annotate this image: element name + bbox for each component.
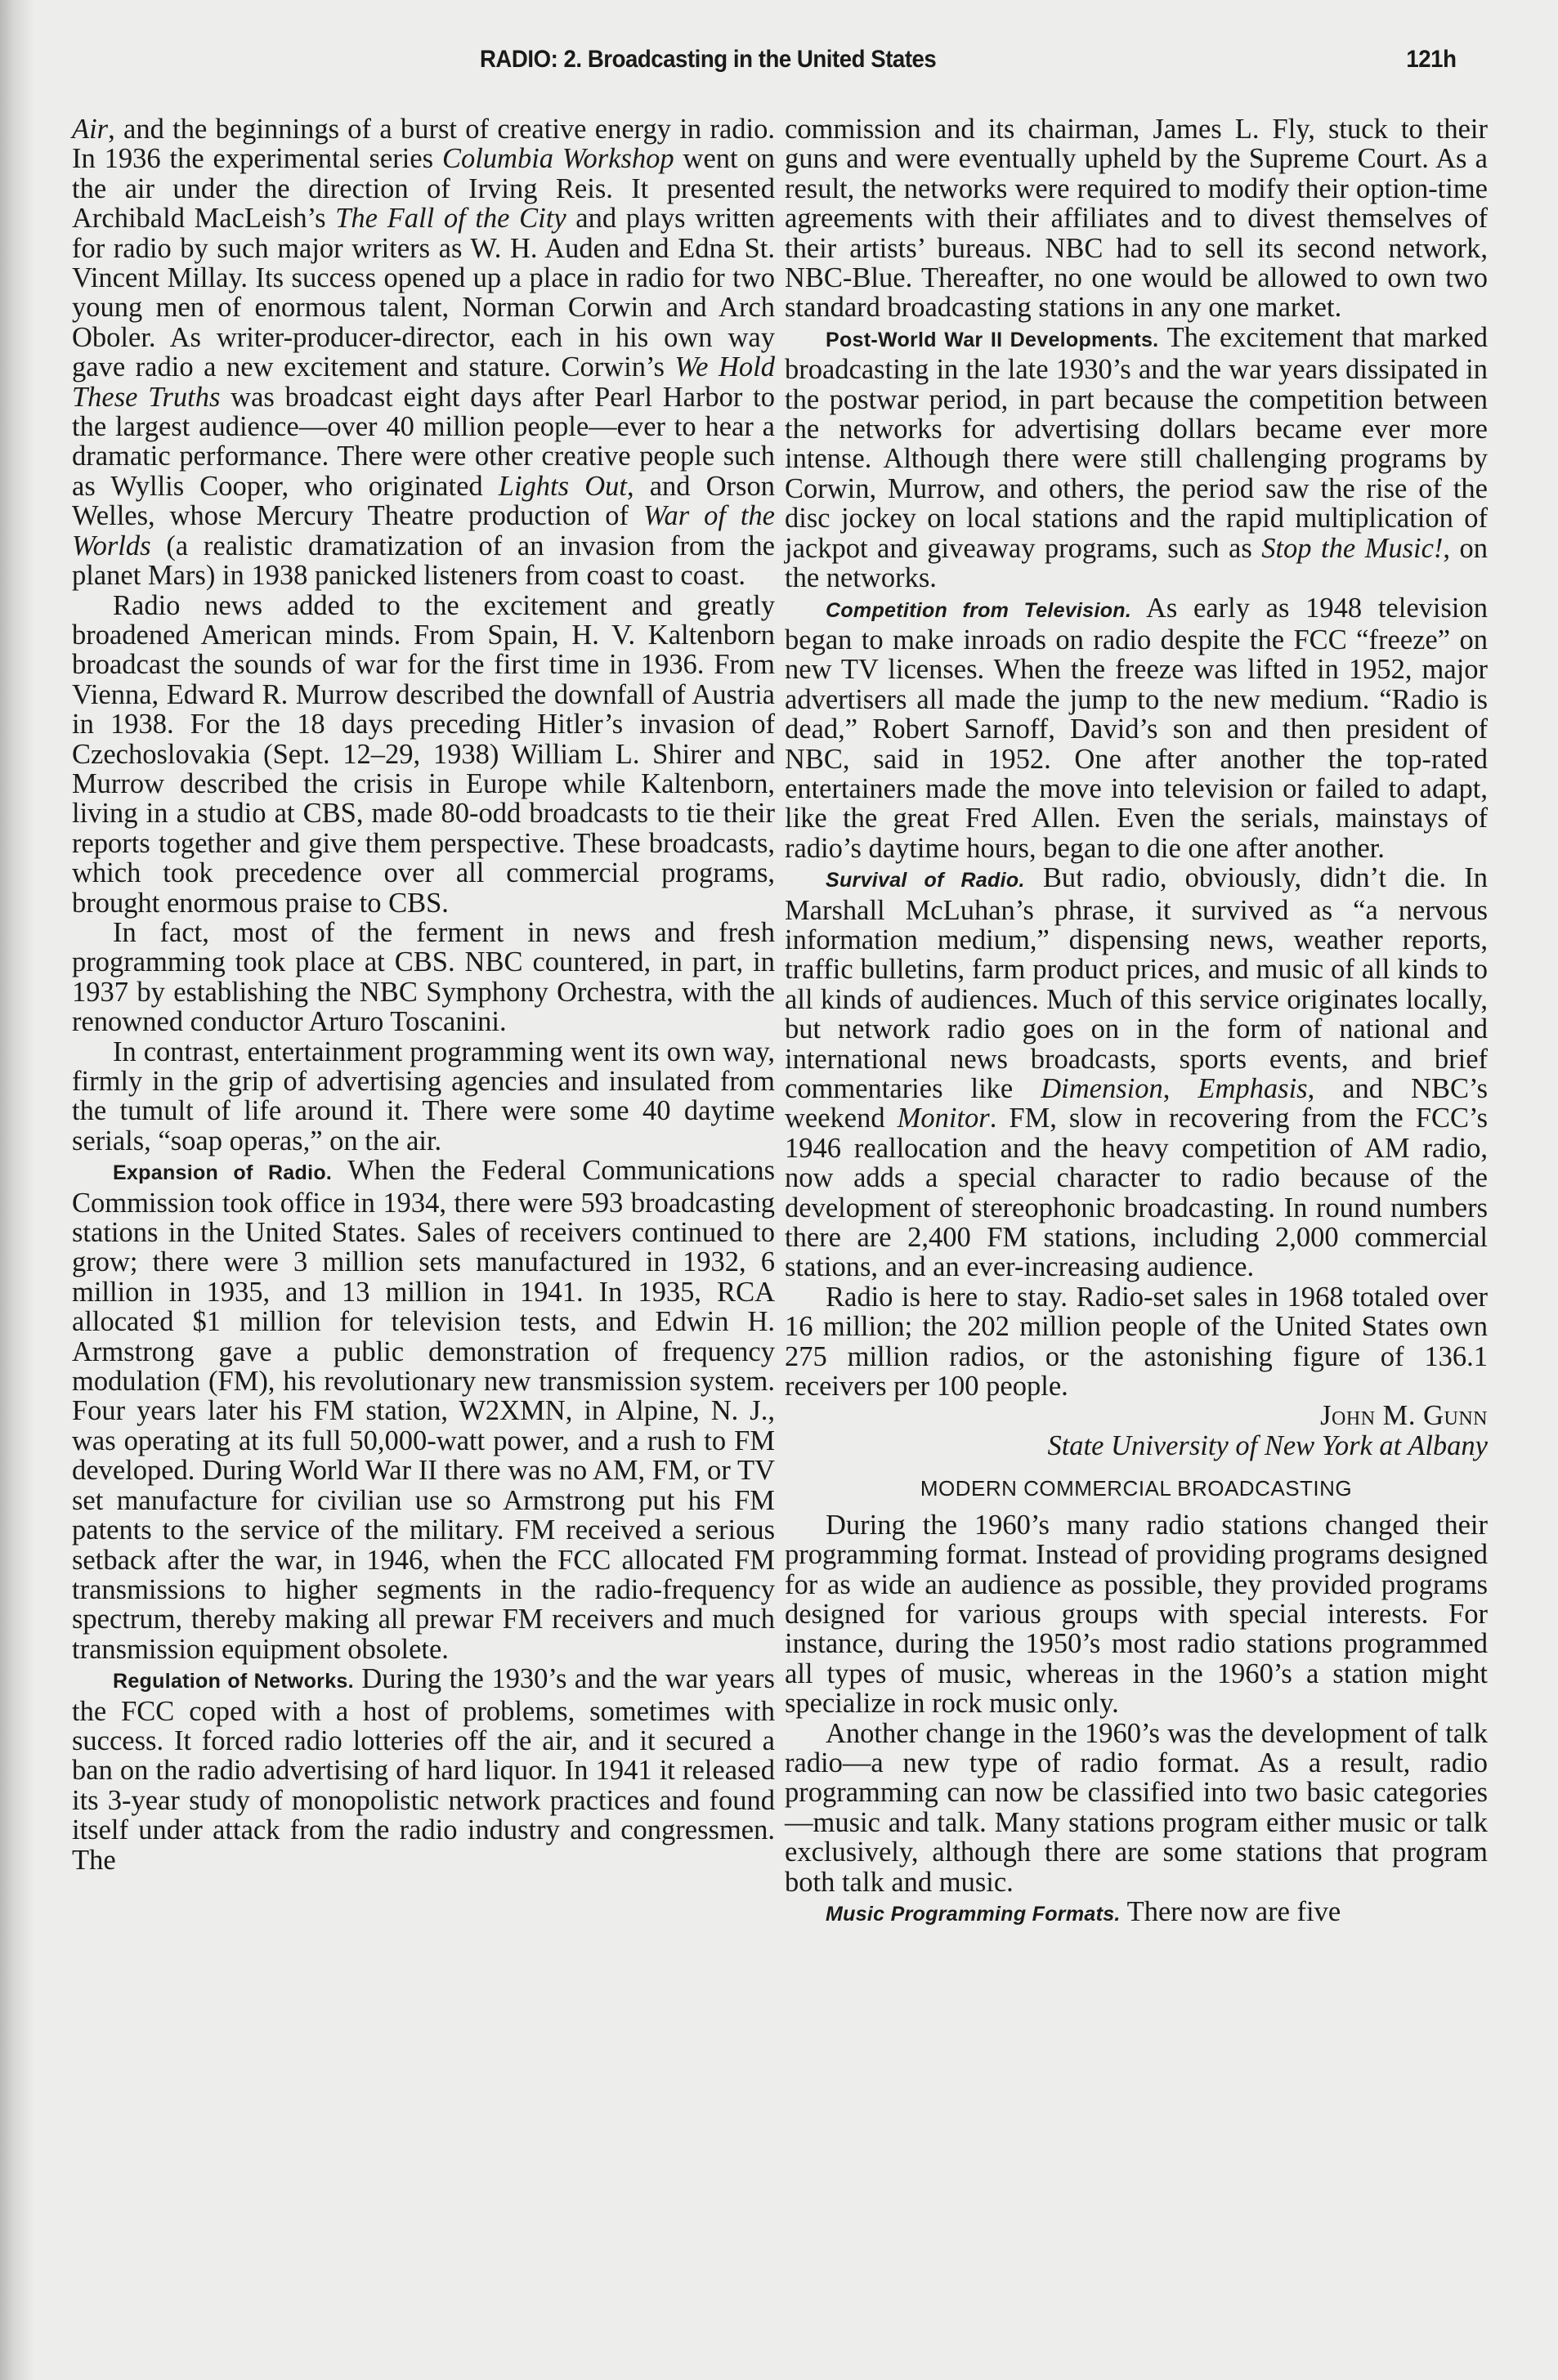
running-head: RADIO: 2. Broadcasting in the United Sta… [0, 46, 1434, 78]
body-text: There now are five [1121, 1896, 1341, 1927]
page-binding-shadow [0, 0, 34, 2380]
italic-title: The Fall of the City [335, 203, 566, 234]
body-text: During the 1960’s many radio stations ch… [785, 1510, 1488, 1719]
body-paragraph: Radio news added to the excitement and g… [72, 591, 775, 918]
body-paragraph: Expansion of Radio. When the Federal Com… [72, 1156, 775, 1664]
author-affiliation: State University of New York at Albany [1047, 1430, 1488, 1461]
subsection-heading: Post-World War II Developments. [826, 329, 1158, 351]
body-paragraph: commission and its chairman, James L. Fl… [785, 114, 1488, 323]
body-text: In contrast, entertainment programming w… [72, 1036, 775, 1156]
body-paragraph: Regulation of Networks. During the 1930’… [72, 1664, 775, 1875]
body-text: (a realistic dramatization of an invasio… [72, 530, 775, 591]
body-text: , [1163, 1073, 1198, 1104]
body-text: As early as 1948 television began to mak… [785, 593, 1488, 864]
body-paragraph: Air, and the beginnings of a burst of cr… [72, 114, 775, 591]
right-column: commission and its chairman, James L. Fl… [785, 114, 1488, 1929]
body-paragraph: Post-World War II Developments. The exci… [785, 323, 1488, 593]
subsection-heading: Regulation of Networks. [113, 1670, 354, 1693]
body-paragraph: During the 1960’s many radio stations ch… [785, 1510, 1488, 1719]
body-paragraph: Another change in the 1960’s was the dev… [785, 1719, 1488, 1897]
body-text: Radio news added to the excitement and g… [72, 590, 775, 919]
italic-title: Dimension [1041, 1073, 1163, 1104]
italic-title: Emphasis [1198, 1073, 1307, 1104]
byline-author: John M. Gunn [785, 1401, 1488, 1430]
body-text: In fact, most of the ferment in news and… [72, 917, 775, 1037]
body-paragraph: In contrast, entertainment programming w… [72, 1037, 775, 1156]
subsection-heading: Expansion of Radio. [113, 1161, 332, 1184]
left-column: Air, and the beginnings of a burst of cr… [72, 114, 775, 1875]
italic-title: Stop the Music! [1261, 533, 1443, 564]
body-paragraph: Survival of Radio. But radio, obviously,… [785, 863, 1488, 1282]
subsection-heading: Music Programming Formats. [826, 1903, 1121, 1926]
body-text: commission and its chairman, James L. Fl… [785, 114, 1488, 323]
body-text: The excite­ment that marked broadcasting… [785, 322, 1488, 564]
subsection-heading: Survival of Radio. [826, 869, 1025, 892]
body-text: Another change in the 1960’s was the dev… [785, 1718, 1488, 1898]
italic-title: Air [72, 114, 108, 145]
left-column-body: Air, and the beginnings of a burst of cr… [72, 114, 775, 1875]
italic-title: Lights Out [499, 471, 627, 502]
running-head-title: RADIO: 2. Broadcasting in the United Sta… [480, 46, 936, 74]
body-text: But radio, obviously, didn’t die. In Mar… [785, 862, 1488, 1104]
body-text: During the 1930’s and the war years the … [72, 1663, 775, 1875]
body-paragraph: Radio is here to stay. Radio-set sales i… [785, 1282, 1488, 1402]
body-paragraph: Music Programming Formats. There now are… [785, 1897, 1488, 1929]
section-body: During the 1960’s many radio stations ch… [785, 1510, 1488, 1930]
byline-affiliation: State University of New York at Albany [785, 1431, 1488, 1461]
author-name: John M. Gunn [1320, 1400, 1488, 1431]
italic-title: Columbia Workshop [442, 143, 674, 174]
subsection-heading: Competition from Television. [826, 599, 1131, 622]
body-text: Radio is here to stay. Radio-set sales i… [785, 1282, 1488, 1402]
italic-title: Monitor [898, 1103, 990, 1134]
page-number: 121h [1406, 46, 1456, 74]
section-heading: MODERN COMMERCIAL BROADCASTING [785, 1474, 1488, 1503]
right-column-body: commission and its chairman, James L. Fl… [785, 114, 1488, 1401]
body-text: When the Federal Com­munications Commiss… [72, 1155, 775, 1665]
body-paragraph: In fact, most of the ferment in news and… [72, 918, 775, 1037]
body-paragraph: Competition from Television. As early as… [785, 593, 1488, 864]
